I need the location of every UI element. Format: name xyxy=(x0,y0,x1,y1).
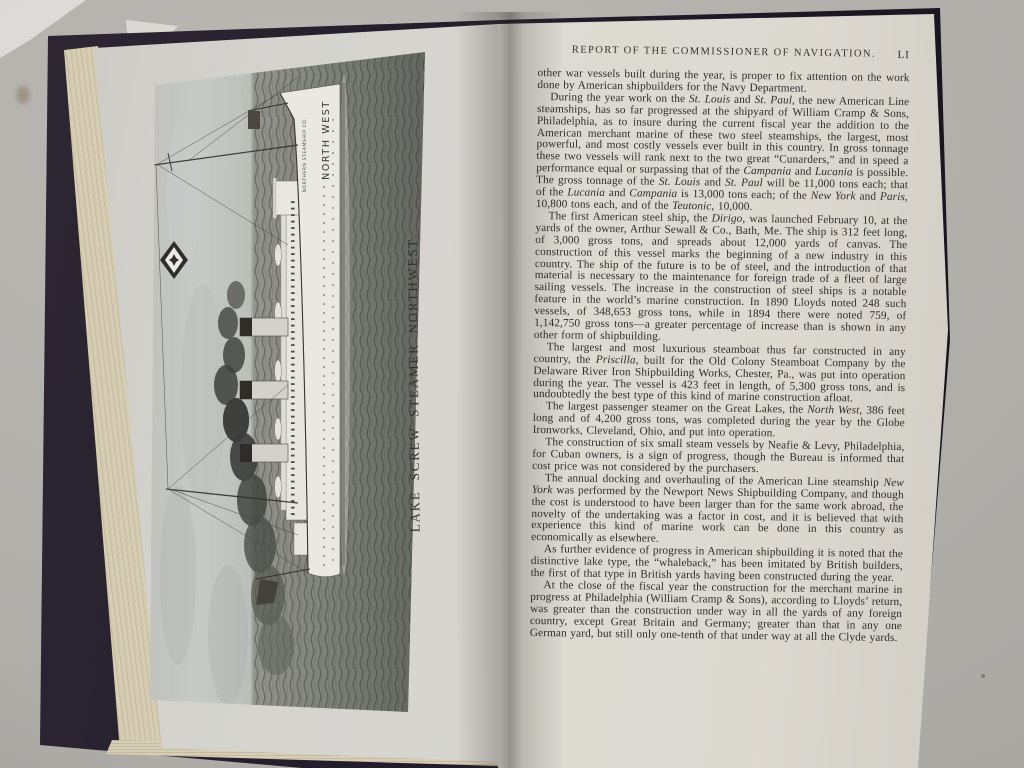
plate-illustration-svg: NORTHERN STEAMSHIP CO. NORTH WEST xyxy=(148,50,428,715)
paragraph: The largest and most luxurious steamboat… xyxy=(533,342,906,407)
paragraph: During the year work on the St. Louis an… xyxy=(536,92,910,216)
book-photograph: NORTHERN STEAMSHIP CO. NORTH WEST LAKE S… xyxy=(0,0,1024,768)
ship-name-text: NORTH WEST xyxy=(321,100,332,180)
right-page-content: REPORT OF THE COMMISSIONER OF NAVIGATION… xyxy=(530,44,910,645)
paragraph: At the close of the fiscal year the cons… xyxy=(530,580,903,645)
page-number: LI xyxy=(897,49,910,61)
steamer-plate: NORTHERN STEAMSHIP CO. NORTH WEST xyxy=(148,50,428,715)
paragraph: The first American steel ship, the Dirig… xyxy=(534,211,908,347)
window-row xyxy=(291,201,295,515)
paragraph: The annual docking and overhauling of th… xyxy=(531,473,904,550)
porthole-row-2 xyxy=(332,119,333,560)
dust-speck xyxy=(981,674,985,678)
plate-caption: LAKE SCREW STEAMER NORTHWEST. xyxy=(404,213,426,553)
stain-mark xyxy=(16,86,30,104)
funnel-2 xyxy=(240,381,288,399)
funnel-1 xyxy=(240,444,288,462)
funnel-3 xyxy=(240,318,288,336)
page-text: other war vessels built during the year,… xyxy=(530,68,910,645)
ship-company-text: NORTHERN STEAMSHIP CO. xyxy=(302,118,308,193)
